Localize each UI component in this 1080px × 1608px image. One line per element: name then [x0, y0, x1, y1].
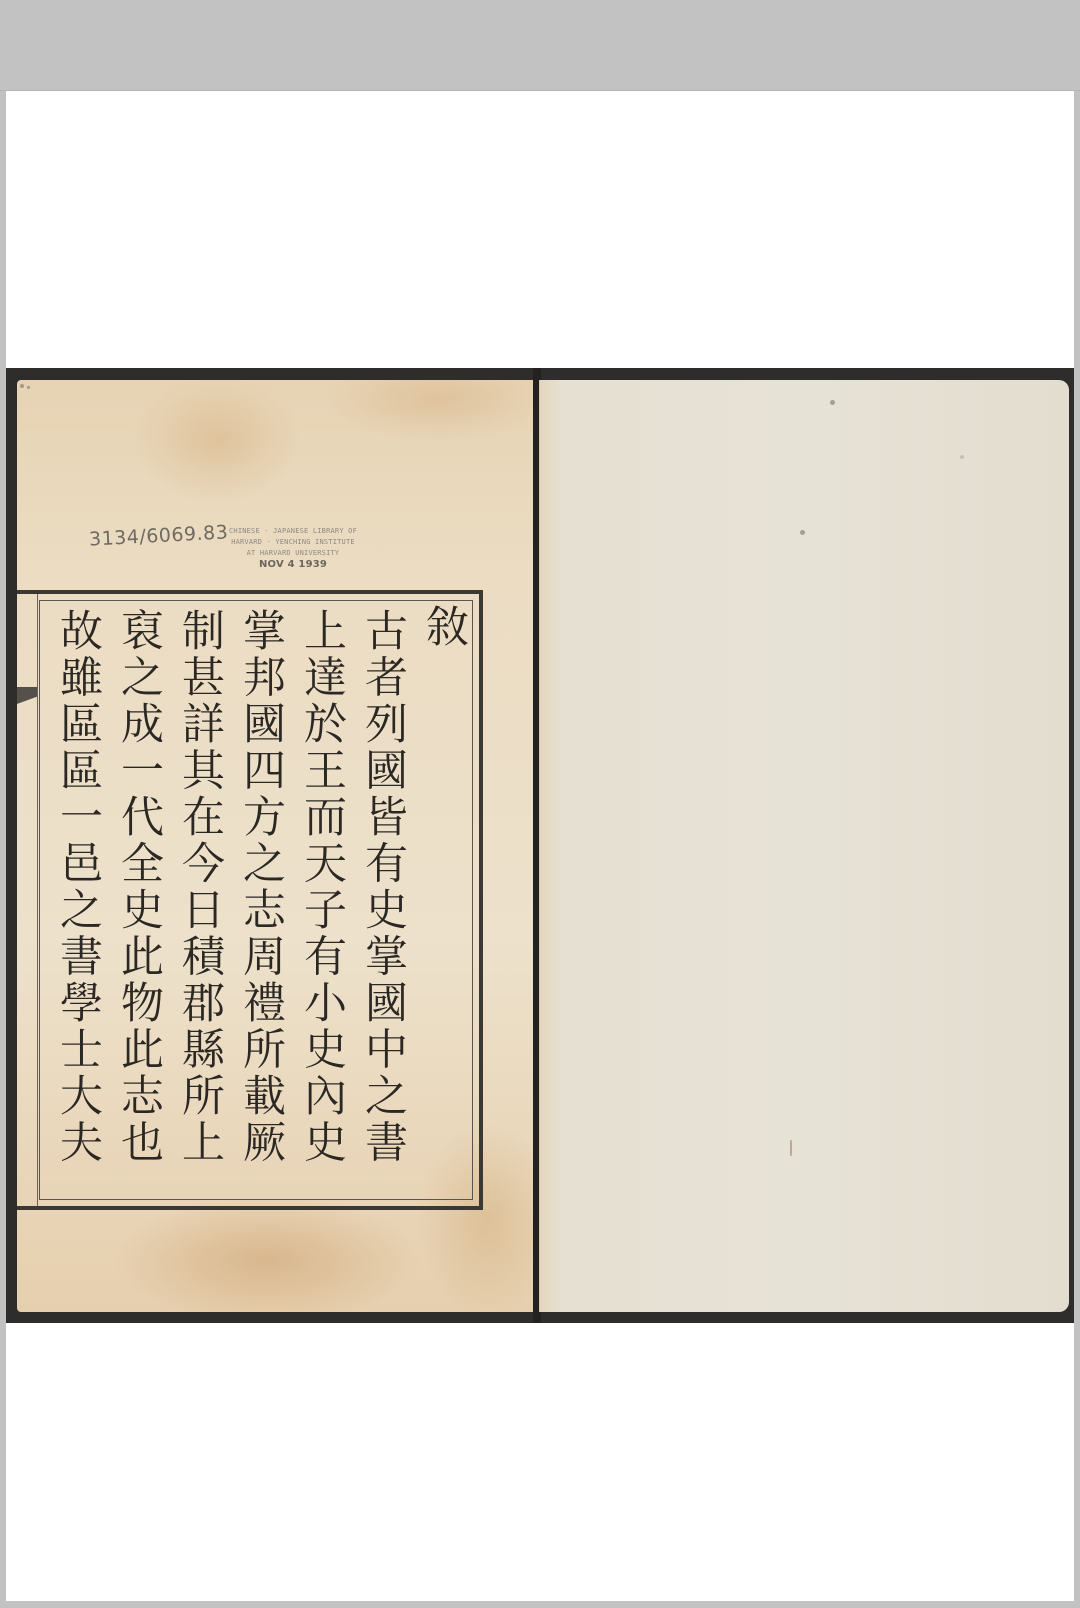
left-page: 3134/6069.83 CHINESE - JAPANESE LIBRARY …	[17, 380, 543, 1312]
text-column: 上達於王而天子有小史內史	[289, 600, 343, 1200]
viewer-top-bar	[0, 0, 1080, 91]
text-column: 掌邦國四方之志周禮所載厥	[228, 600, 282, 1200]
right-page	[539, 380, 1069, 1312]
stamp-date: NOV 4 1939	[223, 559, 363, 570]
stamp-line-1: CHINESE - JAPANESE LIBRARY OF	[223, 526, 363, 537]
paper-speck	[800, 530, 805, 535]
text-column: 裒之成一代全史此物此志也	[106, 600, 160, 1200]
margin-strip	[17, 594, 38, 1206]
text-column: 古者列國皆有史掌國中之書	[350, 600, 404, 1200]
viewer-bottom-border	[0, 1601, 1080, 1608]
text-frame: 敘 古者列國皆有史掌國中之書 上達於王而天子有小史內史 掌邦國四方之志周禮所載厥…	[17, 590, 483, 1210]
text-column: 制甚詳其在今日積郡縣所上	[167, 600, 221, 1200]
call-number: 3134/6069.83	[89, 521, 229, 550]
paper-fiber	[790, 1140, 792, 1156]
text-column: 故雖區區一邑之書學士大夫	[45, 600, 99, 1200]
stamp-line-2: HARVARD - YENCHING INSTITUTE	[223, 537, 363, 548]
paper-speck	[830, 400, 835, 405]
text-columns: 敘 古者列國皆有史掌國中之書 上達於王而天子有小史內史 掌邦國四方之志周禮所載厥…	[39, 600, 471, 1200]
book-scan[interactable]: 3134/6069.83 CHINESE - JAPANESE LIBRARY …	[6, 368, 1074, 1323]
library-stamp: CHINESE - JAPANESE LIBRARY OF HARVARD - …	[223, 526, 363, 570]
stain-speck	[27, 386, 30, 389]
paper-speck	[960, 455, 964, 459]
stain-speck	[20, 384, 24, 388]
stamp-line-3: AT HARVARD UNIVERSITY	[223, 548, 363, 559]
column-heading: 敘	[411, 600, 465, 1200]
fishtail-mark	[17, 687, 37, 717]
